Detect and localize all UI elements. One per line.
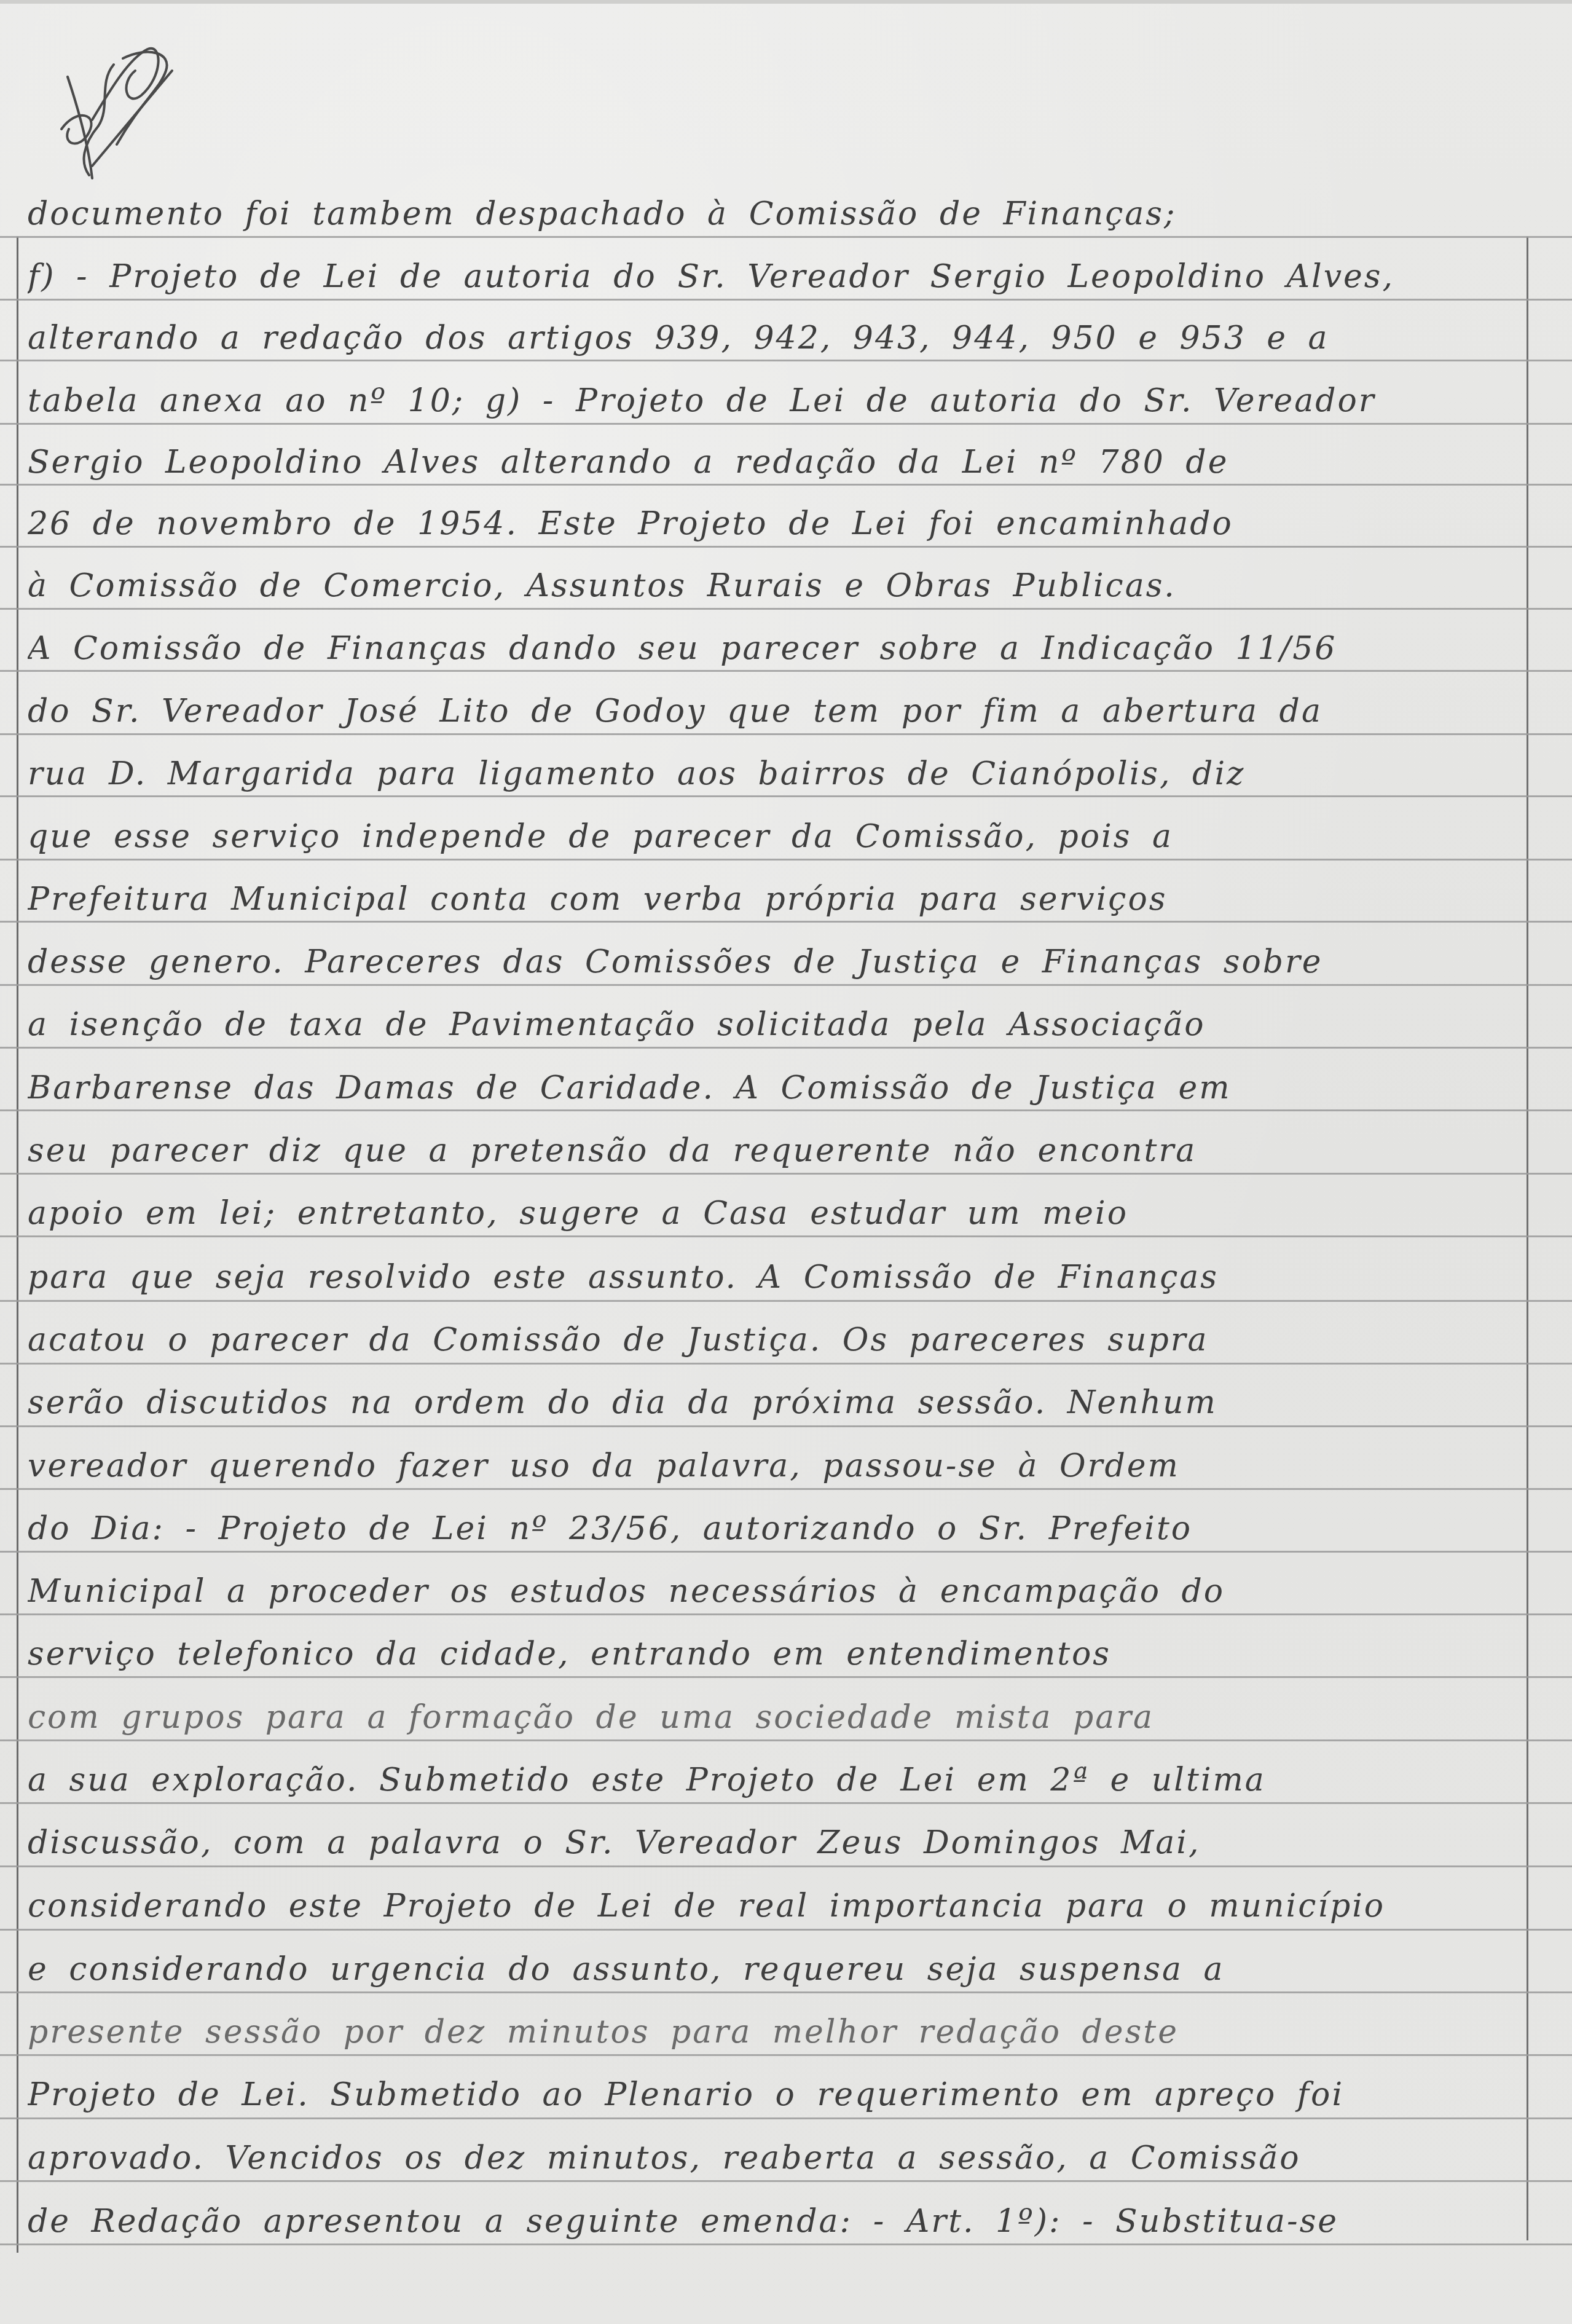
text-line: documento foi tambem despachado à Comiss…: [28, 195, 1521, 232]
ruling-line: [0, 795, 1572, 797]
text-line: vereador querendo fazer uso da palavra, …: [28, 1448, 1521, 1484]
text-line: alterando a redação dos artigos 939, 942…: [28, 320, 1521, 356]
ruling-line: [0, 733, 1572, 735]
ruling-line: [0, 546, 1572, 548]
ruling-line: [0, 1425, 1572, 1427]
right-margin-line: [1527, 237, 1528, 2240]
ruling-line: [0, 859, 1572, 861]
text-line: e considerando urgencia do assunto, requ…: [28, 1951, 1521, 1988]
text-line: que esse serviço independe de parecer da…: [28, 818, 1521, 855]
ruling-line: [0, 1235, 1572, 1237]
text-line: discussão, com a palavra o Sr. Vereador …: [28, 1824, 1521, 1861]
ruling-line: [0, 1363, 1572, 1365]
initials-signature-icon: [55, 22, 178, 187]
ruling-line: [0, 1300, 1572, 1302]
text-line: presente sessão por dez minutos para mel…: [28, 2014, 1521, 2050]
ruling-line: [0, 1802, 1572, 1804]
text-line: desse genero. Pareceres das Comissões de…: [28, 943, 1521, 980]
ruling-line: [0, 299, 1572, 301]
ledger-page: documento foi tambem despachado à Comiss…: [0, 0, 1572, 2324]
ruling-line: [0, 1739, 1572, 1741]
text-line: do Sr. Vereador José Lito de Godoy que t…: [28, 693, 1521, 730]
ruling-line: [0, 1676, 1572, 1678]
ruling-line: [0, 1173, 1572, 1175]
text-line: seu parecer diz que a pretensão da reque…: [28, 1132, 1521, 1169]
text-line: A Comissão de Finanças dando seu parecer…: [28, 630, 1521, 667]
text-line: Barbarense das Damas de Caridade. A Comi…: [28, 1069, 1521, 1106]
text-line: Prefeitura Municipal conta com verba pró…: [28, 881, 1521, 918]
ruling-line: [0, 1991, 1572, 1993]
text-line: rua D. Margarida para ligamento aos bair…: [28, 755, 1521, 792]
ruling-line: [0, 984, 1572, 986]
page-top-edge: [0, 0, 1572, 4]
ruling-line: [0, 2117, 1572, 2119]
text-line: apoio em lei; entretanto, sugere a Casa …: [28, 1195, 1521, 1232]
ruling-line: [0, 1488, 1572, 1490]
ruling-line: [0, 236, 1572, 238]
text-line: Sergio Leopoldino Alves alterando a reda…: [28, 444, 1521, 481]
ruling-line: [0, 670, 1572, 672]
text-line: Projeto de Lei. Submetido ao Plenario o …: [28, 2076, 1521, 2113]
ruling-line: [0, 1613, 1572, 1615]
text-line: à Comissão de Comercio, Assuntos Rurais …: [28, 567, 1521, 604]
ruling-line: [0, 921, 1572, 923]
text-line: para que seja resolvido este assunto. A …: [28, 1259, 1521, 1296]
ruling-line: [0, 608, 1572, 610]
ruling-line: [0, 1865, 1572, 1867]
ruling-line: [0, 1109, 1572, 1111]
ruling-line: [0, 1929, 1572, 1931]
ruling-line: [0, 1047, 1572, 1049]
ruling-line: [0, 484, 1572, 486]
ruling-line: [0, 2054, 1572, 2056]
text-line: f) - Projeto de Lei de autoria do Sr. Ve…: [28, 258, 1521, 295]
ruling-line: [0, 1551, 1572, 1553]
text-line: 26 de novembro de 1954. Este Projeto de …: [28, 505, 1521, 542]
text-line: a sua exploração. Submetido este Projeto…: [28, 1762, 1521, 1798]
ruling-line: [0, 360, 1572, 361]
text-line: aprovado. Vencidos os dez minutos, reabe…: [28, 2140, 1521, 2176]
ruling-line: [0, 423, 1572, 425]
text-line: tabela anexa ao nº 10; g) - Projeto de L…: [28, 382, 1521, 419]
ruling-line: [0, 2180, 1572, 2182]
text-line: serviço telefonico da cidade, entrando e…: [28, 1636, 1521, 1672]
text-line: do Dia: - Projeto de Lei nº 23/56, autor…: [28, 1510, 1521, 1547]
text-line: com grupos para a formação de uma socied…: [28, 1699, 1521, 1736]
text-line: a isenção de taxa de Pavimentação solici…: [28, 1006, 1521, 1043]
text-line: Municipal a proceder os estudos necessár…: [28, 1573, 1521, 1610]
text-line: serão discutidos na ordem do dia da próx…: [28, 1384, 1521, 1421]
text-line: considerando este Projeto de Lei de real…: [28, 1888, 1521, 1924]
text-line: de Redação apresentou a seguinte emenda:…: [28, 2203, 1521, 2240]
ruling-line: [0, 2243, 1572, 2245]
text-line: acatou o parecer da Comissão de Justiça.…: [28, 1322, 1521, 1358]
left-margin-line: [17, 237, 18, 2253]
